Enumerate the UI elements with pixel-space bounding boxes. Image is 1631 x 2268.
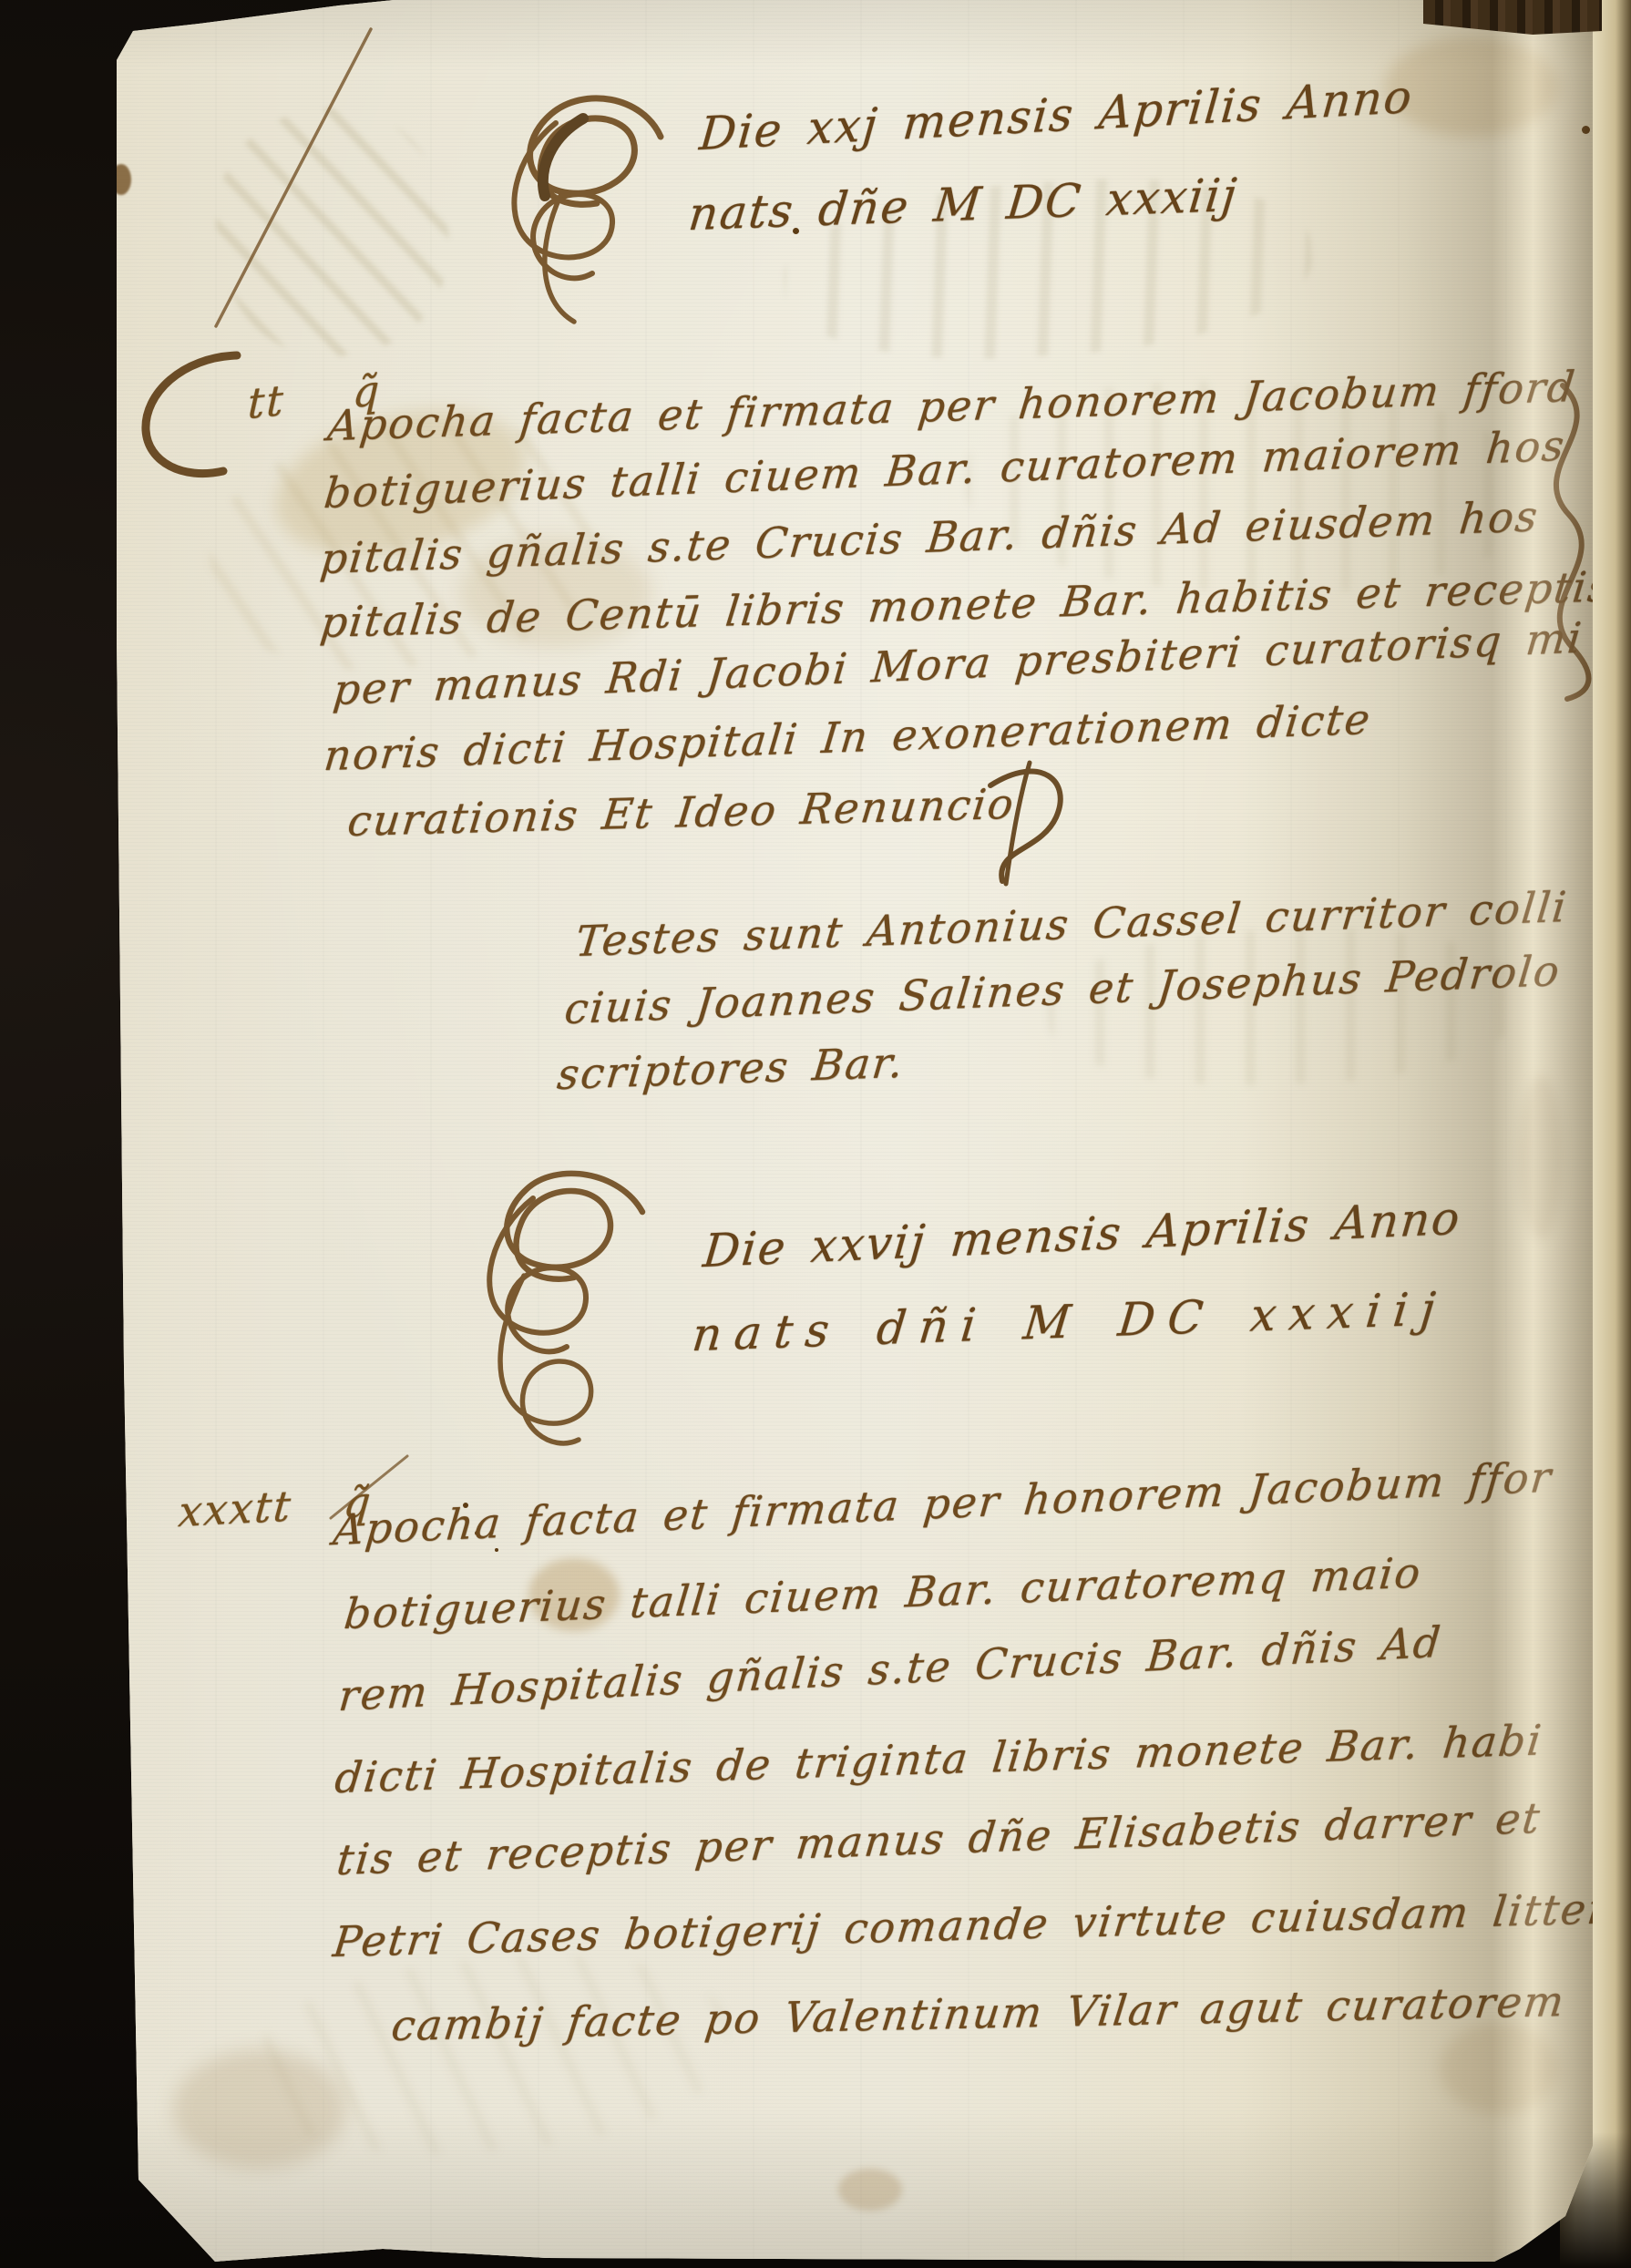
photographed-manuscript: Die xxj mensis Aprilis Anno nats dñe M D…	[0, 0, 1631, 2268]
ink-dot	[495, 1548, 498, 1552]
pen-flourish-paraph-1	[474, 87, 702, 333]
ink-dot	[1582, 126, 1590, 134]
pen-flourish-paraph-2	[446, 1157, 683, 1458]
manuscript-page: Die xxj mensis Aprilis Anno nats dñe M D…	[0, 0, 1631, 2268]
paraph-strokes	[474, 87, 702, 333]
pen-stroke-diagonal	[205, 18, 378, 333]
pen-flourish-margin-c	[128, 339, 246, 485]
pen-flourish-renuncio	[968, 758, 1086, 886]
